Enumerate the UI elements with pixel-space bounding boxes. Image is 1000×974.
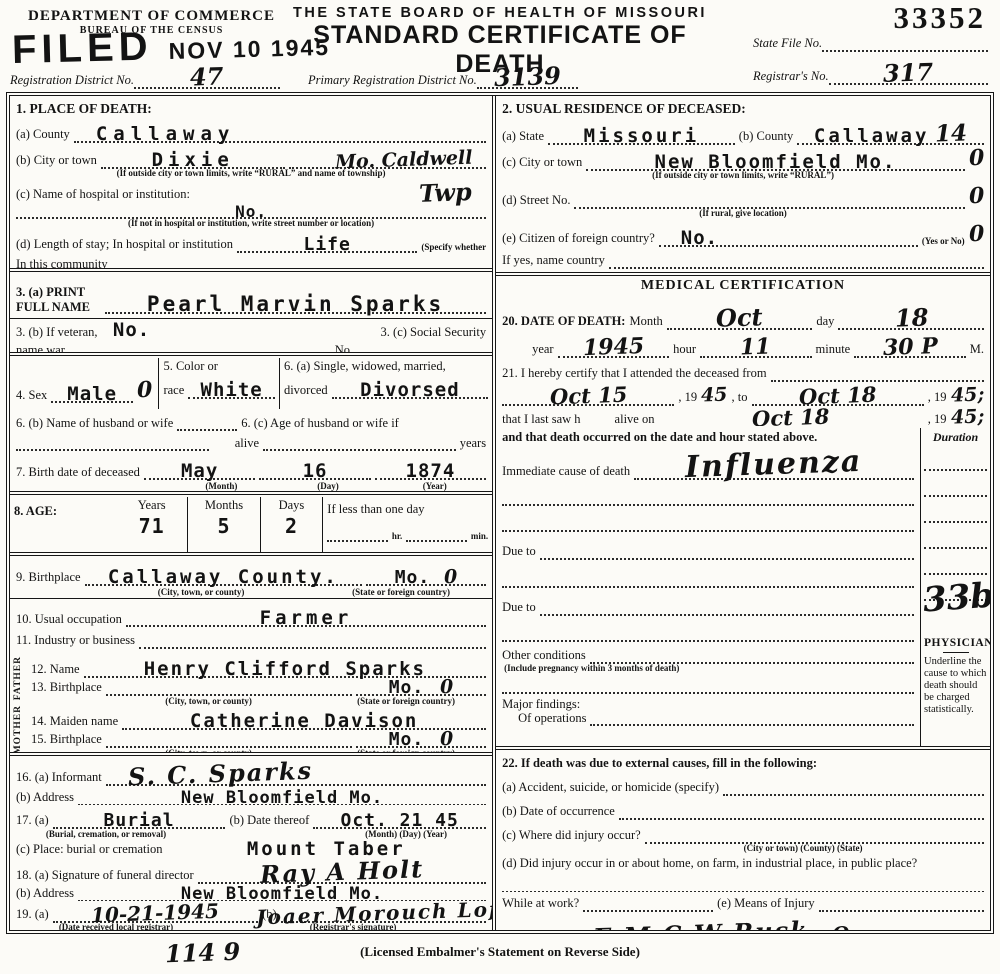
father-birthplace-label: 13. Birthplace: [31, 680, 102, 696]
section-place-of-death: 1. PLACE OF DEATH: (a) County Callaway (…: [10, 96, 492, 272]
city-label: (b) City or town: [16, 153, 97, 169]
mother-birthplace-hand: 0: [440, 728, 454, 750]
burial-label: 17. (a): [16, 813, 49, 829]
section-age: 8. AGE: Years 71 Months 5 Days 2: [10, 495, 492, 556]
residence-city-hand: 0: [968, 145, 984, 172]
birth-month-value: May: [181, 460, 218, 482]
director-address-label: (b) Address: [16, 886, 74, 901]
certify-19a: , 19: [678, 390, 697, 406]
race-cell: 5. Color or race White: [159, 358, 280, 409]
county-label: (a) County: [16, 127, 70, 143]
veteran-namewar-label: name war: [16, 343, 65, 356]
birth-day-value: 16: [303, 460, 328, 482]
county-value: Callaway: [96, 123, 236, 145]
place-title: 1. PLACE OF DEATH:: [10, 98, 492, 117]
section-cause-of-death: and that death occurred on the date and …: [496, 426, 990, 750]
means-label: (e) Means of Injury: [717, 896, 815, 912]
other-conditions-label: Other conditions: [502, 648, 586, 664]
operations-label: Of operations: [518, 711, 586, 727]
external-c-label: (c) Where did injury occur?: [502, 828, 641, 844]
sex-hand: 0: [137, 377, 153, 404]
dod-hour-value: 11: [740, 333, 772, 360]
cause-label: Immediate cause of death: [502, 464, 630, 480]
mother-bp-note2: (State or foreign country): [326, 749, 486, 756]
right-column: 2. USUAL RESIDENCE OF DECEASED: (a) Stat…: [496, 96, 990, 930]
residence-street-label: (d) Street No.: [502, 193, 570, 209]
informant-label: 16. (a) Informant: [16, 770, 102, 786]
certify-19b: , 19: [928, 390, 947, 406]
left-column: 1. PLACE OF DEATH: (a) County Callaway (…: [10, 96, 496, 930]
state-file-number: 33352: [894, 0, 987, 36]
section-certify: 21. I hereby certify that I attended the…: [496, 360, 990, 426]
occupation-value: Farmer: [260, 607, 353, 626]
veteran-label: 3. (b) If veteran,: [16, 325, 98, 341]
state-file-line: State File No.: [753, 36, 988, 52]
certify-from-value: Oct 15: [549, 382, 627, 410]
state-file-label: State File No.: [753, 36, 822, 52]
md-hand: O: [832, 922, 850, 930]
section-physician-signature: 23. Signature E M C W Rusk O (M. D. or o…: [496, 914, 990, 930]
spouse-age-alive-label: alive: [235, 436, 259, 452]
stay-note: (Specify whether: [421, 243, 486, 253]
burial-place-label: (c) Place: burial or cremation: [16, 842, 162, 856]
industry-label: 11. Industry or business: [16, 633, 135, 649]
board-title: THE STATE BOARD OF HEALTH OF MISSOURI: [285, 5, 715, 21]
marital-label2: divorced: [284, 383, 328, 399]
print-name-label: 3. (a) PRINTFULL NAME: [16, 285, 101, 314]
age-months-label: Months: [192, 498, 255, 514]
full-name-value: Pearl Marvin Sparks: [147, 292, 444, 316]
marital-cell: 6. (a) Single, widowed, married, divorce…: [280, 358, 492, 409]
informant-address-label: (b) Address: [16, 790, 74, 805]
section-burial: 17. (a) Burial (b) Date thereof Oct. 21 …: [10, 805, 492, 856]
marital-value: Divorsed: [360, 379, 460, 401]
primary-district-value: 3139: [493, 61, 561, 92]
residence-state-label: (a) State: [502, 129, 544, 145]
registrar-number-label: Registrar's No.: [753, 69, 829, 85]
due1-label: Due to: [502, 544, 536, 560]
medical-certification-header: MEDICAL CERTIFICATION: [496, 276, 990, 298]
residence-state-value: Missouri: [584, 125, 700, 147]
burial-date-value: Oct. 21 45: [340, 810, 458, 831]
race-label2: race: [163, 383, 184, 399]
father-rail: FATHER: [10, 652, 25, 704]
duration-rail: Duration 33b PHYSICIAN Underline the cau…: [920, 428, 990, 746]
race-value: White: [201, 379, 263, 401]
mother-birthplace-value: Mo.: [389, 729, 425, 750]
section-sex-race-marital: 4. Sex Male 0 5. Color or race White: [10, 356, 492, 409]
burial-value: Burial: [104, 810, 175, 831]
external-b-label: (b) Date of occurrence: [502, 804, 615, 820]
embalmer-note: (Licensed Embalmer's Statement on Revers…: [0, 944, 1000, 960]
spouse-label: 6. (b) Name of husband or wife: [16, 416, 173, 432]
occurred-label: and that death occurred on the date and …: [496, 428, 920, 446]
burial-date-label: (b) Date thereof: [229, 813, 309, 829]
age-hr-label: hr.: [392, 532, 402, 542]
residence-county-value: Callaway: [814, 125, 930, 147]
sex-label: 4. Sex: [16, 388, 47, 404]
birth-year-value: 1874: [406, 460, 456, 482]
residence-citizen-hand: 0: [968, 221, 984, 248]
work-label: While at work?: [502, 896, 579, 912]
sex-cell: 4. Sex Male 0: [10, 358, 159, 409]
community-label: In this community: [16, 257, 108, 272]
physician-label: PHYSICIAN: [924, 637, 987, 649]
director-label: 18. (a) Signature of funeral director: [16, 868, 194, 884]
birth-month-note: (Month): [170, 482, 273, 492]
residence-county-label: (b) County: [739, 129, 794, 145]
duration-label: Duration: [924, 430, 987, 445]
dod-year-label: year: [532, 342, 554, 358]
mother-name-label: 14. Maiden name: [31, 714, 118, 730]
hospital-note: (If not in hospital or institution, writ…: [10, 219, 492, 229]
mother-bp-note1: (City, town, or county): [95, 749, 322, 756]
burial-place-value: Mount Taber: [247, 838, 406, 856]
lastsaw-value: Oct 18: [752, 404, 830, 426]
registration-district-label: Registration District No.: [10, 73, 134, 89]
primary-district-label: Primary Registration District No.: [308, 73, 477, 89]
residence-citizen-note: (Yes or No): [922, 237, 965, 247]
age-label-cell: 8. AGE:: [10, 497, 116, 553]
residence-title: 2. USUAL RESIDENCE OF DECEASED:: [496, 98, 990, 117]
lastsaw-label: that I last saw h: [502, 412, 580, 426]
dod-minute-label: minute: [816, 342, 851, 358]
ssn-label: 3. (c) Social Security: [381, 325, 487, 341]
residence-city-label: (c) City or town: [502, 155, 582, 171]
section-funeral-director: 18. (a) Signature of funeral director Ra…: [10, 856, 492, 901]
father-birthplace-value: Mo.: [389, 677, 425, 698]
dod-month-label: Month: [629, 314, 662, 330]
age-days-label: Days: [265, 498, 319, 514]
underline-instruction: Underline the cause to which death shoul…: [924, 656, 987, 716]
dod-m-label: M.: [970, 342, 984, 358]
other-conditions-note: (Include pregnancy within 3 months of de…: [496, 664, 920, 674]
age-months-value: 5: [192, 514, 255, 538]
external-c-note: (City or town) (County) (State): [496, 844, 990, 854]
birthplace-hand: 0: [444, 566, 458, 588]
age-years-cell: Years 71: [116, 497, 188, 553]
director-signature: Ray A Holt: [259, 856, 424, 889]
residence-city-note: (If outside city or town limits, write “…: [496, 171, 990, 181]
residence-country-label: If yes, name country: [502, 253, 605, 269]
certify-to-label: , to: [732, 390, 748, 406]
header: DEPARTMENT OF COMMERCE BUREAU OF THE CEN…: [0, 0, 1000, 92]
section-birthdate: 7. Birth date of deceased May 16 1874 (M…: [10, 452, 492, 495]
external-a-label: (a) Accident, suicide, or homicide (spec…: [502, 780, 719, 796]
age-years-value: 71: [120, 514, 183, 538]
cause-value: Influenza: [685, 444, 863, 485]
birthplace-state-value: Mo.: [395, 567, 431, 588]
residence-street-note: (If rural, give location): [496, 209, 990, 219]
stay-label: (d) Length of stay; In hospital or insti…: [16, 237, 233, 253]
section-name: 3. (a) PRINTFULL NAME Pearl Marvin Spark…: [10, 272, 492, 356]
stay-value: Life: [303, 234, 350, 255]
residence-citizen-label: (e) Citizen of foreign country?: [502, 231, 655, 247]
father-rail-label: FATHER: [13, 656, 23, 700]
registration-district: Registration District No. 47: [10, 62, 280, 89]
footer: 114 9 (Licensed Embalmer's Statement on …: [0, 936, 1000, 974]
mother-rail: MOTHER: [10, 704, 25, 756]
birthplace-label: 9. Birthplace: [16, 570, 81, 586]
due2-label: Due to: [502, 600, 536, 616]
registrar-number-value: 317: [883, 57, 934, 88]
certify-label: 21. I hereby certify that I attended the…: [502, 366, 766, 382]
dod-year-value: 1945: [582, 333, 644, 360]
informant-signature: S. C. Sparks: [127, 756, 313, 791]
section-industry: 11. Industry or business: [10, 627, 492, 651]
father-name-label: 12. Name: [31, 662, 80, 678]
external-title: 22. If death was due to external causes,…: [496, 752, 990, 772]
section-spouse: 6. (b) Name of husband or wife 6. (c) Ag…: [10, 409, 492, 452]
spouse-age-label: 6. (c) Age of husband or wife if: [241, 416, 399, 432]
birth-day-note: (Day): [277, 482, 380, 492]
hospital-hand: Twp: [419, 177, 473, 208]
age-lessday-cell: If less than one day hr. min.: [323, 497, 492, 553]
birthdate-label: 7. Birth date of deceased: [16, 465, 140, 481]
registrar-label: 19. (a): [16, 907, 49, 923]
certificate-body: 1. PLACE OF DEATH: (a) County Callaway (…: [6, 92, 994, 934]
death-certificate-page: DEPARTMENT OF COMMERCE BUREAU OF THE CEN…: [0, 0, 1000, 974]
birth-year-note: (Year): [383, 482, 486, 492]
age-years-label: Years: [120, 498, 183, 514]
marital-label1: 6. (a) Single, widowed, married,: [284, 359, 488, 375]
race-label1: 5. Color or: [163, 359, 275, 375]
section-birthplace: 9. Birthplace Callaway County. Mo.0 (Cit…: [10, 556, 492, 599]
section-while-at-work: While at work? (e) Means of Injury: [496, 892, 990, 914]
registrar-number: Registrar's No. 317: [753, 58, 988, 85]
occupation-label: 10. Usual occupation: [16, 612, 122, 627]
section-residence: 2. USUAL RESIDENCE OF DECEASED: (a) Stat…: [496, 96, 990, 276]
veteran-value: No.: [113, 319, 150, 341]
certify-from-year: 45: [701, 384, 728, 407]
hospital-label: (c) Name of hospital or institution:: [16, 187, 190, 203]
age-days-cell: Days 2: [261, 497, 324, 553]
dod-month-value: Oct: [716, 302, 764, 333]
residence-citizen-value: No.: [681, 227, 718, 249]
cause-main: and that death occurred on the date and …: [496, 428, 920, 746]
primary-registration-district: Primary Registration District No. 3139: [308, 62, 578, 89]
section-parents: FATHER 12. Name Henry Clifford Sparks 13…: [10, 650, 492, 756]
physician-signature-value: E M C W Rusk: [592, 915, 809, 930]
certify-19c: , 19: [928, 412, 947, 426]
major-findings-label: Major findings:: [496, 694, 920, 713]
age-min-label: min.: [471, 532, 488, 542]
residence-county-hand: 14: [935, 119, 968, 147]
lastsaw-year: 45;: [950, 405, 984, 426]
section-occupation: 10. Usual occupation Farmer: [10, 599, 492, 626]
birthplace-note2: (State or foreign country): [316, 588, 486, 598]
birthplace-value: Callaway County.: [108, 566, 339, 588]
dod-minute-value: 30 P: [882, 333, 938, 360]
dod-day-label: day: [816, 314, 834, 330]
birthplace-note1: (City, town, or county): [90, 588, 312, 598]
dod-hour-label: hour: [673, 342, 696, 358]
section-registrar: 19. (a) 10-21-1945 (b) Joaer Morouch Lof…: [10, 901, 492, 930]
registration-row: Registration District No. 47 Primary Reg…: [8, 58, 992, 90]
age-months-cell: Months 5: [188, 497, 260, 553]
mother-rail-label: MOTHER: [13, 705, 23, 754]
informant-address-value: New Bloomfield Mo.: [181, 788, 383, 805]
spouse-age-years-label: years: [460, 436, 486, 452]
registration-district-value: 47: [190, 61, 224, 91]
section-external-causes: 22. If death was due to external causes,…: [496, 750, 990, 892]
margin-hand-number: 33b: [922, 576, 990, 621]
mother-birthplace-label: 15. Birthplace: [31, 732, 102, 748]
age-lessday-label: If less than one day: [327, 498, 488, 518]
ssn-no-label: No.: [335, 343, 353, 356]
section-informant: 16. (a) Informant S. C. Sparks (b) Addre…: [10, 756, 492, 805]
registrar-date-value: 10-21-1945: [91, 901, 220, 927]
age-days-value: 2: [265, 514, 319, 538]
certify-to-year: 45;: [950, 383, 984, 406]
section-date-of-death: 20. DATE OF DEATH: Month Oct day 18 year…: [496, 298, 990, 360]
dod-day-value: 18: [894, 302, 928, 332]
physician-divider: [943, 652, 969, 653]
sex-value: Male: [67, 383, 117, 405]
father-birthplace-hand: 0: [440, 676, 454, 698]
medical-title: MEDICAL CERTIFICATION: [496, 278, 990, 294]
residence-street-hand: 0: [968, 183, 984, 210]
age-label: 8. AGE:: [14, 498, 112, 520]
external-d-label: (d) Did injury occur in or about home, o…: [496, 854, 990, 872]
dod-label: 20. DATE OF DEATH:: [502, 314, 625, 330]
lastsaw-mid-label: alive on: [615, 412, 655, 426]
